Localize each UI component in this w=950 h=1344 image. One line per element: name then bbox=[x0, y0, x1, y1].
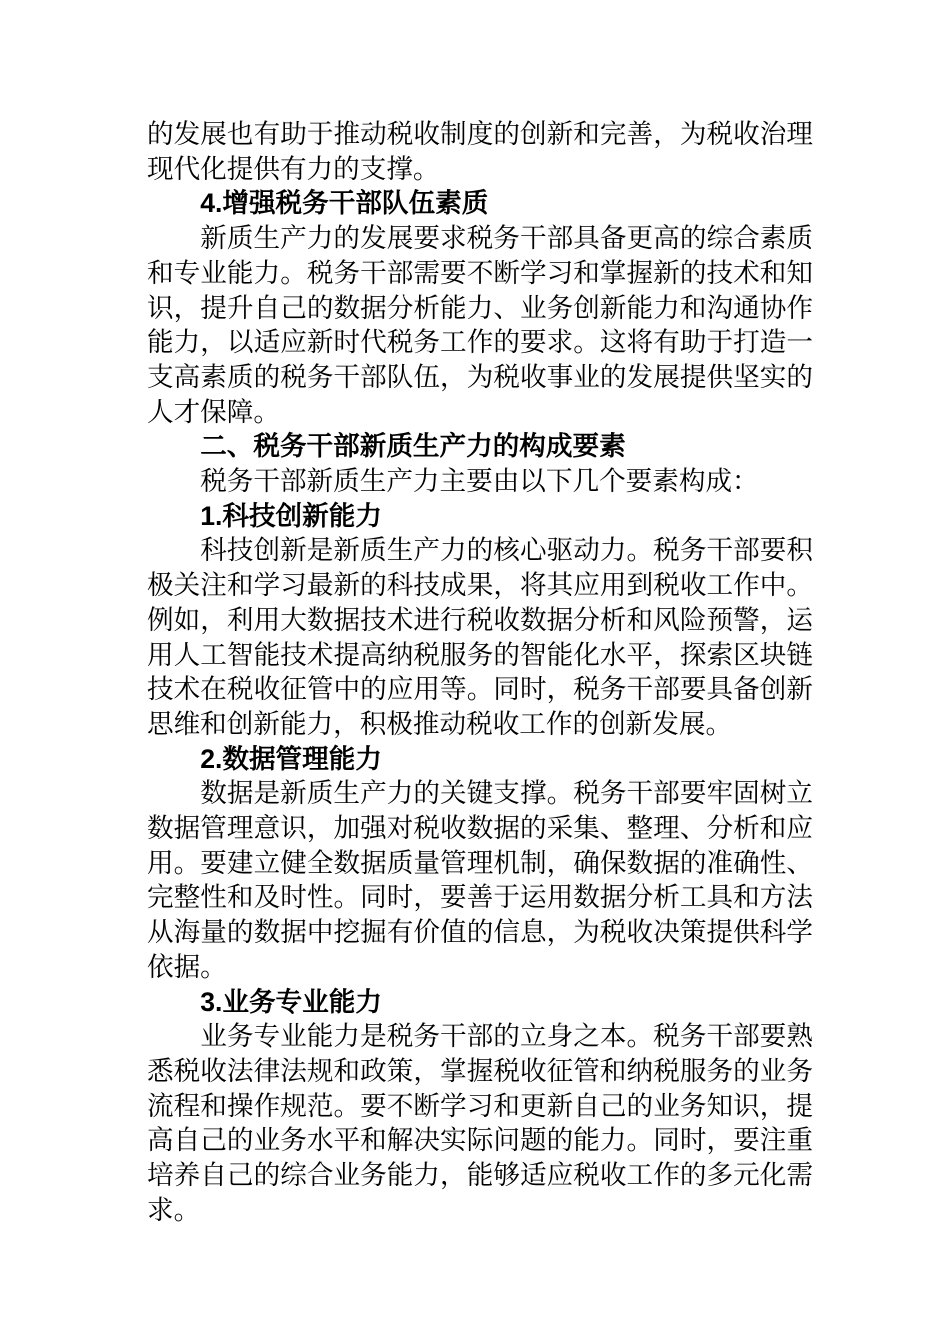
paragraph-item-3-body: 业务专业能力是税务干部的立身之本。税务干部要熟悉税收法律法规和政策，掌握税收征管… bbox=[147, 1019, 813, 1227]
document-page: 的发展也有助于推动税收制度的创新和完善，为税收治理现代化提供有力的支撑。 4.增… bbox=[0, 0, 950, 1344]
paragraph-section-4-body: 新质生产力的发展要求税务干部具备更高的综合素质和专业能力。税务干部需要不断学习和… bbox=[147, 221, 813, 429]
paragraph-continuation: 的发展也有助于推动税收制度的创新和完善，为税收治理现代化提供有力的支撑。 bbox=[147, 117, 813, 186]
paragraph-item-1-body: 科技创新是新质生产力的核心驱动力。税务干部要积极关注和学习最新的科技成果，将其应… bbox=[147, 533, 813, 741]
heading-item-2: 2.数据管理能力 bbox=[147, 742, 813, 777]
heading-section-4: 4.增强税务干部队伍素质 bbox=[147, 186, 813, 221]
paragraph-part-two-intro: 税务干部新质生产力主要由以下几个要素构成： bbox=[147, 464, 813, 499]
heading-item-3: 3.业务专业能力 bbox=[147, 985, 813, 1020]
heading-item-1: 1.科技创新能力 bbox=[147, 499, 813, 534]
document-text-block: 的发展也有助于推动税收制度的创新和完善，为税收治理现代化提供有力的支撑。 4.增… bbox=[147, 117, 813, 1228]
heading-part-two: 二、税务干部新质生产力的构成要素 bbox=[147, 429, 813, 464]
paragraph-item-2-body: 数据是新质生产力的关键支撑。税务干部要牢固树立数据管理意识，加强对税收数据的采集… bbox=[147, 776, 813, 984]
